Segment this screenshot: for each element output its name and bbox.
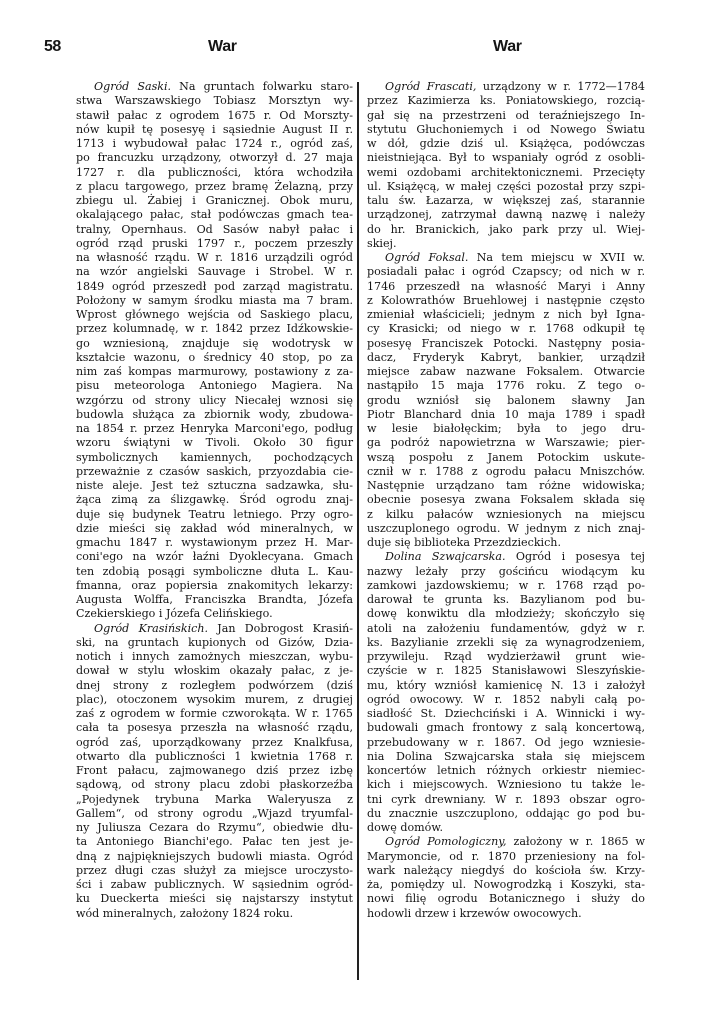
text-line: przeważnie z czasów saskich, przyozdabia… [76, 465, 353, 479]
text-line: ta Antoniego Bianchi'ego. Pałac ten jest… [76, 835, 353, 849]
page-number: 58 [44, 38, 61, 56]
text-line: 1849 ogród przeszedł pod zarząd magistra… [76, 280, 353, 294]
text-line: Ogród Pomologiczny, założony w r. 1865 w [367, 835, 645, 849]
text-line: przez Kazimierza ks. Poniatowskiego, roz… [367, 94, 645, 108]
text-line: 1746 przeszedł na własność Maryi i Anny [367, 280, 645, 294]
text-line: Marymoncie, od r. 1870 przeniesiony na f… [367, 850, 645, 864]
text-line: na własność rządu. W r. 1816 urządzili o… [76, 251, 353, 265]
text-line: atoli na założeniu fundamentów, gdyż w r… [367, 622, 645, 636]
text-line: nim zaś kompas marmurowy, postawiony z z… [76, 365, 353, 379]
text-line: wód mineralnych, założony 1824 roku. [76, 907, 353, 921]
text-line: zmieniał właścicieli; jednym z nich był … [367, 308, 645, 322]
paragraph: Ogród Saski. Na gruntach folwarku staro-… [76, 80, 353, 622]
text-line: w lesie białołęckim; była to jego dru- [367, 422, 645, 436]
text-line: wzoru świątyni w Tivoli. Około 30 figur [76, 436, 353, 450]
text-line: kich i miejscowych. Wzniesiono tu także … [367, 778, 645, 792]
text-line: przywileju. Rząd wydzierżawił grunt wie- [367, 650, 645, 664]
text-line: Następnie urządzano tam różne widowiska; [367, 479, 645, 493]
text-line: na wzór angielski Sauvage i Strobel. W r… [76, 265, 353, 279]
running-head-right: War [493, 38, 522, 56]
text-line: tralny, Opernhaus. Od Sasów nabył pałac … [76, 223, 353, 237]
text-line: posesyę Franciszek Potocki. Następny pos… [367, 337, 645, 351]
text-line: wemi ozdobami architektonicznemi. Przeci… [367, 166, 645, 180]
text-line: notich i innych zamożnych mieszczan, wyb… [76, 650, 353, 664]
text-line: hodowli drzew i krzewów owocowych. [367, 907, 645, 921]
text-line: cała ta posesya przeszła na własność rzą… [76, 721, 353, 735]
text-line: wark należący niegdyś do kościoła św. Kr… [367, 864, 645, 878]
text-line: miejsce zabaw nazwane Foksalem. Otwarcie [367, 365, 645, 379]
text-line: ks. Bazylianie zrzekli się za wynagrodze… [367, 636, 645, 650]
text-line: z kilku pałaców wzniesionych na miejscu [367, 508, 645, 522]
entry-title: Dolina Szwajcarska. [385, 550, 506, 563]
text-line: coni'ego na wzór łaźni Dyoklecyana. Gmac… [76, 550, 353, 564]
text-line: sądową, od strony placu zdobi płaskorzeź… [76, 778, 353, 792]
text-line: 1713 i wybudował pałac 1724 r., ogród za… [76, 137, 353, 151]
text-line: z placu targowego, przez bramę Żelazną, … [76, 180, 353, 194]
text-line: nów kupił tę posesyę i sąsiednie August … [76, 123, 353, 137]
text-line: dował w stylu włoskim okazały pałac, z j… [76, 664, 353, 678]
text-line: „Pojedynek trybuna Marka Waleryusza z [76, 793, 353, 807]
text-line: stawił pałac z ogrodem 1675 r. Od Morszt… [76, 109, 353, 123]
text-line: okalającego pałac, stał podówczas gmach … [76, 208, 353, 222]
text-line: cy Krasicki; od niego w r. 1768 odkupił … [367, 322, 645, 336]
text-line: posiadali pałac i ogród Czapscy; od nich… [367, 265, 645, 279]
text-line: ten zdobią posągi symboliczne dłuta L. K… [76, 565, 353, 579]
right-column: Ogród Frascati, urządzony w r. 1772—1784… [367, 80, 645, 921]
paragraph: Ogród Krasińskich. Jan Dobrogost Krasiń-… [76, 622, 353, 921]
left-column: Ogród Saski. Na gruntach folwarku staro-… [76, 80, 353, 921]
text-line: Augusta Wolffa, Franciszka Brandta, Józe… [76, 593, 353, 607]
text-line: skiej. [367, 237, 645, 251]
text-line: ogród zaś, uporządkowany przez Knalkfusa… [76, 736, 353, 750]
text-line: nastąpiło 15 maja 1776 roku. Z tego o- [367, 379, 645, 393]
text-line: urządzonej, zatrzymał dawną nazwę i nale… [367, 208, 645, 222]
text-line: Ogród Krasińskich. Jan Dobrogost Krasiń- [76, 622, 353, 636]
text-line: pisu meteorologa Antoniego Magiera. Na [76, 379, 353, 393]
text-line: duje się biblioteka Przezdzieckich. [367, 536, 645, 550]
text-line: po francuzku urządzony, otworzył d. 27 m… [76, 151, 353, 165]
column-divider [357, 82, 359, 980]
text-line: ści i zabaw publicznych. W sąsiednim ogr… [76, 878, 353, 892]
text-line: nowi filię ogrodu Botanicznego i służy d… [367, 892, 645, 906]
text-line: du znacznie uszczuplono, oddając go pod … [367, 807, 645, 821]
text-line: do hr. Branickich, jako park przy ul. Wi… [367, 223, 645, 237]
text-line: ga podróż napowietrzna w Warszawie; pier… [367, 436, 645, 450]
text-line: koncertów letnich różnych orkiestr niemi… [367, 764, 645, 778]
entry-title: Ogród Krasińskich. [94, 622, 208, 635]
text-line: dowę konwiktu dla młodzieży; skończyło s… [367, 607, 645, 621]
text-line: cznił w r. 1788 z ogrodu pałacu Mniszchó… [367, 465, 645, 479]
text-line: uszczuplonego ogrodu. W jednym z nich zn… [367, 522, 645, 536]
text-line: przez kolumnadę, w r. 1842 przez Idźkows… [76, 322, 353, 336]
text-line: tni cyrk drewniany. W r. 1893 obszar ogr… [367, 793, 645, 807]
text-line: Piotr Blanchard dnia 10 maja 1789 i spad… [367, 408, 645, 422]
text-line: dną z najpiękniejszych budowli miasta. O… [76, 850, 353, 864]
entry-title: Ogród Frascati, [385, 80, 476, 93]
text-line: dowę domów. [367, 821, 645, 835]
text-line: Czekierskiego i Józefa Celińskiego. [76, 607, 353, 621]
text-line: nia Dolina Szwajcarska stała się miejsce… [367, 750, 645, 764]
text-line: z Kolowrathów Bruehlowej i następnie czę… [367, 294, 645, 308]
text-line: Położony w samym środku miasta ma 7 bram… [76, 294, 353, 308]
text-line: zaś z ogrodem w formie czworokąta. W r. … [76, 707, 353, 721]
text-line: gał się na przestrzeni od teraźniejszego… [367, 109, 645, 123]
text-line: kształcie wazonu, o średnicy 40 stop, po… [76, 351, 353, 365]
text-line: przebudowany w r. 1867. Od jego wzniesie… [367, 736, 645, 750]
text-line: ogród rząd pruski 1797 r., poczem przesz… [76, 237, 353, 251]
paragraph: Dolina Szwajcarska. Ogród i posesya tejn… [367, 550, 645, 835]
text-line: nieistniejąca. Był to wspaniały ogród z … [367, 151, 645, 165]
text-line: gmachu 1847 r. wystawionym przez H. Mar- [76, 536, 353, 550]
text-line: Wprost głównego wejścia od Saskiego plac… [76, 308, 353, 322]
text-line: stwa Warszawskiego Tobiasz Morsztyn wy- [76, 94, 353, 108]
text-line: żąca zimą za ślizgawkę. Śród ogrodu znaj… [76, 493, 353, 507]
text-line: nazwy leżały przy gościńcu wiodącym ku [367, 565, 645, 579]
running-head-left: War [208, 38, 237, 56]
text-line: ski, na gruntach kupionych od Gizów, Dzi… [76, 636, 353, 650]
text-line: grodu wzniósł się balonem sławny Jan [367, 394, 645, 408]
text-line: zamkowi jazdowskiemu; w r. 1768 rząd po- [367, 579, 645, 593]
text-line: ul. Książęcą, w małej części pozostał pr… [367, 180, 645, 194]
text-line: przez długi czas służył za miejsce urocz… [76, 864, 353, 878]
text-line: wszą pospołu z Janem Potockim uskute- [367, 451, 645, 465]
text-line: Dolina Szwajcarska. Ogród i posesya tej [367, 550, 645, 564]
text-line: go wzniesioną, znajduje się wodotrysk w [76, 337, 353, 351]
text-line: dzie mieści się zakład wód mineralnych, … [76, 522, 353, 536]
text-line: obecnie posesya zwana Foksalem składa si… [367, 493, 645, 507]
text-line: ny Juliusza Cezara do Rzymu“, obiedwie d… [76, 821, 353, 835]
text-line: wzgórzu od strony ulicy Niecałej wznosi … [76, 394, 353, 408]
text-line: talu św. Łazarza, w większej zaś, staran… [367, 194, 645, 208]
text-line: symbolicznych kamiennych, pochodzących [76, 451, 353, 465]
text-line: ku Dueckerta mieści się najstarszy insty… [76, 892, 353, 906]
text-line: na 1854 r. przez Henryka Marconi'ego, po… [76, 422, 353, 436]
text-line: Front pałacu, zajmowanego dziś przez izb… [76, 764, 353, 778]
entry-title: Ogród Foksal. [385, 251, 468, 264]
text-line: Gallem“, od strony ogrodu „Wjazd tryumfa… [76, 807, 353, 821]
text-line: ogród owocowy. W r. 1852 nabyli całą po- [367, 693, 645, 707]
text-line: czyście w r. 1825 Stanisławowi Sleszyńsk… [367, 664, 645, 678]
text-line: Ogród Saski. Na gruntach folwarku staro- [76, 80, 353, 94]
text-line: plac), otoczonem wysokim murem, z drugie… [76, 693, 353, 707]
entry-title: Ogród Saski. [94, 80, 171, 93]
paragraph: Ogród Foksal. Na tem miejscu w XVII w.po… [367, 251, 645, 550]
text-line: budowla służąca za zbiornik wody, zbudow… [76, 408, 353, 422]
paragraph: Ogród Frascati, urządzony w r. 1772—1784… [367, 80, 645, 251]
text-line: Ogród Foksal. Na tem miejscu w XVII w. [367, 251, 645, 265]
text-line: mu, który wzniósł kamienicę N. 13 i zało… [367, 679, 645, 693]
text-line: zbiegu ul. Żabiej i Granicznej. Obok mur… [76, 194, 353, 208]
text-line: w dół, gdzie dziś ul. Książęca, podówcza… [367, 137, 645, 151]
text-line: ża, pomiędzy ul. Nowogrodzką i Koszyki, … [367, 878, 645, 892]
text-line: dacz, Fryderyk Kabryt, bankier, urządził [367, 351, 645, 365]
text-line: niste aleje. Jest też sztuczna sadzawka,… [76, 479, 353, 493]
text-line: duje się budynek Teatru letniego. Przy o… [76, 508, 353, 522]
text-line: 1727 r. dla publiczności, która wchodził… [76, 166, 353, 180]
text-line: darował te grunta ks. Bazylianom pod bu- [367, 593, 645, 607]
entry-title: Ogród Pomologiczny, [385, 835, 507, 848]
paragraph: Ogród Pomologiczny, założony w r. 1865 w… [367, 835, 645, 921]
text-line: stytutu Głuchoniemych i od Nowego Światu [367, 123, 645, 137]
text-line: Ogród Frascati, urządzony w r. 1772—1784 [367, 80, 645, 94]
text-line: siadłość St. Dziechciński i A. Winnicki … [367, 707, 645, 721]
text-line: fmanna, oraz popiersia znakomitych lekar… [76, 579, 353, 593]
text-line: dnej strony z rozległem podwórzem (dziś [76, 679, 353, 693]
text-line: otwarto dla publiczności 1 kwietnia 1768… [76, 750, 353, 764]
text-line: budowali gmach frontowy z salą koncertow… [367, 721, 645, 735]
